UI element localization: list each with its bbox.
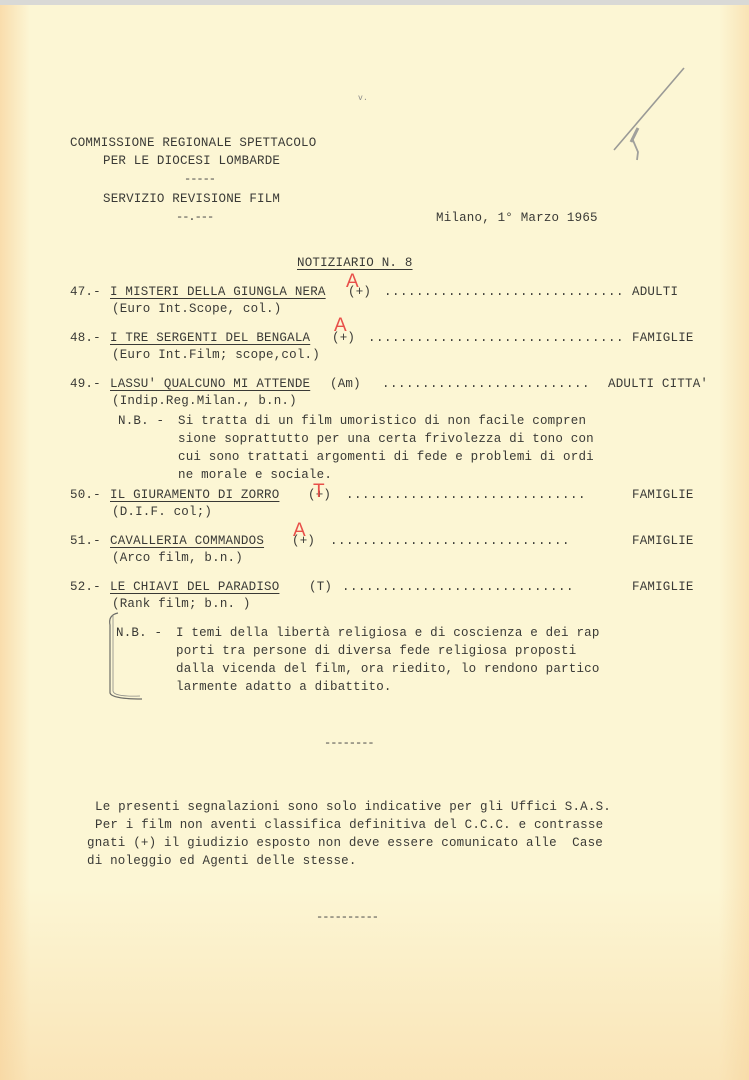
film-title: LE CHIAVI DEL PARADISO xyxy=(110,580,279,595)
film-details: (D.I.F. col;) xyxy=(112,505,212,520)
note-line: porti tra persone di diversa fede religi… xyxy=(176,644,576,659)
document-page: v. COMMISSIONE REGIONALE SPETTACOLO PER … xyxy=(0,0,749,1080)
film-title: I MISTERI DELLA GIUNGLA NERA xyxy=(110,285,326,300)
note-line: sione soprattutto per una certa frivolez… xyxy=(178,432,594,447)
film-details: (Euro Int.Scope, col.) xyxy=(112,302,281,317)
film-number: 48.- xyxy=(70,331,101,346)
pencil-mark-icon xyxy=(600,60,700,170)
film-rating: ADULTI xyxy=(632,285,678,300)
film-title: LASSU' QUALCUNO MI ATTENDE xyxy=(110,377,310,392)
red-annotation: A xyxy=(346,271,359,293)
footer-separator: ---------- xyxy=(316,910,378,924)
film-rating: FAMIGLIE xyxy=(632,534,694,549)
note-line: I temi della libertà religiosa e di cosc… xyxy=(176,626,600,641)
leader-dots: .............................. xyxy=(330,534,570,549)
film-number: 50.- xyxy=(70,488,101,503)
film-title: IL GIURAMENTO DI ZORRO xyxy=(110,488,279,503)
film-number: 51.- xyxy=(70,534,101,549)
note-line: ne morale e sociale. xyxy=(178,468,332,483)
film-details: (Rank film; b.n. ) xyxy=(112,597,251,612)
note-line: dalla vicenda del film, ora riedito, lo … xyxy=(176,662,600,677)
film-rating: FAMIGLIE xyxy=(632,488,694,503)
note-line: cui sono trattati argomenti di fede e pr… xyxy=(178,450,594,465)
org-name-line2: PER LE DIOCESI LOMBARDE xyxy=(103,154,280,169)
note-label: N.B. - xyxy=(116,626,162,641)
header-separator-2: --.--- xyxy=(176,210,213,224)
top-mark: v. xyxy=(358,91,368,106)
film-details: (Indip.Reg.Milan., b.n.) xyxy=(112,394,297,409)
film-details: (Euro Int.Film; scope,col.) xyxy=(112,348,320,363)
film-number: 49.- xyxy=(70,377,101,392)
film-mark: (Am) xyxy=(330,377,361,392)
film-details: (Arco film, b.n.) xyxy=(112,551,243,566)
film-title: I TRE SERGENTI DEL BENGALA xyxy=(110,331,310,346)
film-number: 52.- xyxy=(70,580,101,595)
footer-line: Le presenti segnalazioni sono solo indic… xyxy=(95,800,611,815)
section-separator: -------- xyxy=(324,736,374,750)
footer-line: Per i film non aventi classifica definit… xyxy=(95,818,603,833)
leader-dots: .............................. xyxy=(384,285,624,300)
service-name: SERVIZIO REVISIONE FILM xyxy=(103,192,280,207)
document-date: Milano, 1° Marzo 1965 xyxy=(436,211,598,226)
bulletin-title: NOTIZIARIO N. 8 xyxy=(297,256,413,271)
leader-dots: .............................. xyxy=(346,488,586,503)
film-rating: ADULTI CITTA' xyxy=(608,377,708,392)
leader-dots: ............................. xyxy=(342,580,574,595)
footer-line: gnati (+) il giudizio esposto non deve e… xyxy=(87,836,603,851)
film-rating: FAMIGLIE xyxy=(632,580,694,595)
footer-line: di noleggio ed Agenti delle stesse. xyxy=(87,854,357,869)
film-mark: (T) xyxy=(309,580,332,595)
leader-dots: ................................ xyxy=(368,331,624,346)
note-line: Si tratta di un film umoristico di non f… xyxy=(178,414,586,429)
red-annotation: T xyxy=(313,481,325,503)
org-name-line1: COMMISSIONE REGIONALE SPETTACOLO xyxy=(70,136,316,151)
header-separator-1: ----- xyxy=(184,172,215,186)
note-line: larmente adatto a dibattito. xyxy=(176,680,392,695)
note-label: N.B. - xyxy=(118,414,164,429)
pencil-bracket-icon xyxy=(104,611,144,701)
film-number: 47.- xyxy=(70,285,101,300)
leader-dots: .......................... xyxy=(382,377,590,392)
red-annotation: A xyxy=(334,315,347,337)
film-rating: FAMIGLIE xyxy=(632,331,694,346)
red-annotation: A xyxy=(293,520,306,542)
film-title: CAVALLERIA COMMANDOS xyxy=(110,534,264,549)
